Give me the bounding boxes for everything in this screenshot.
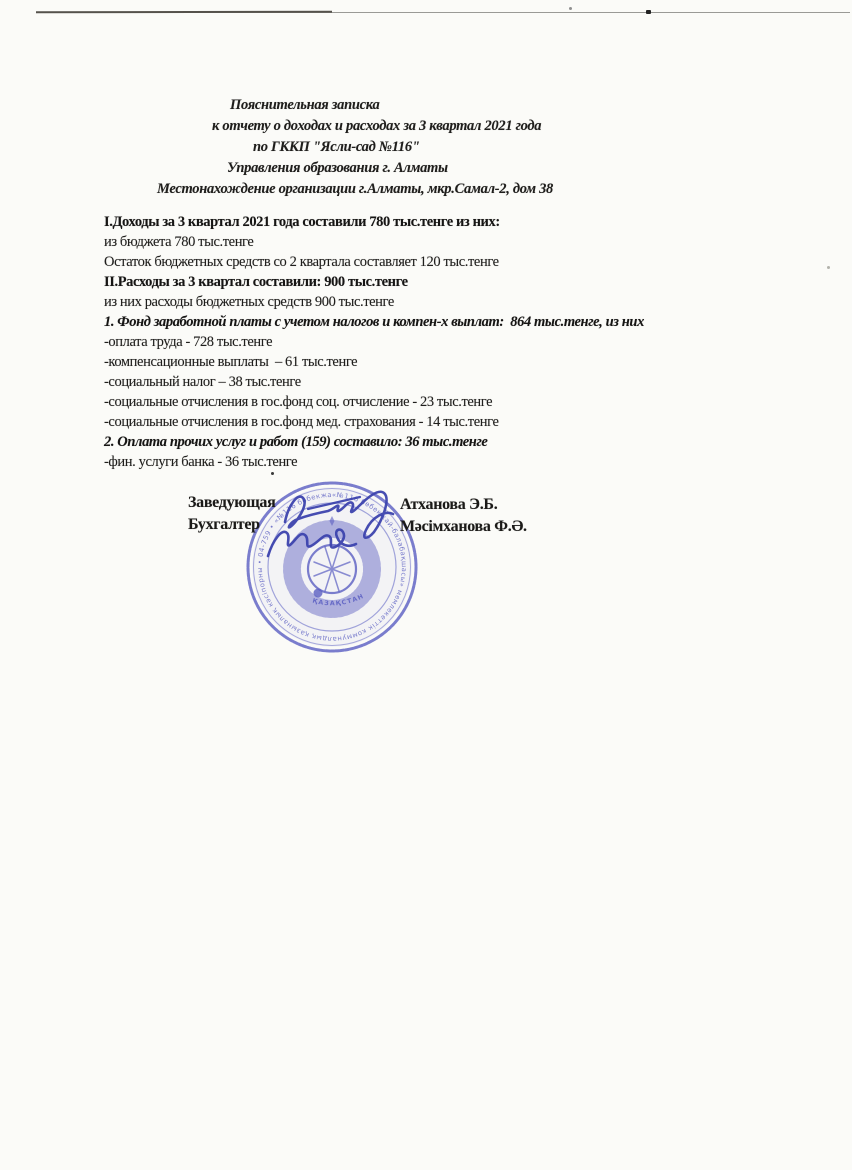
document-body-block: I.Доходы за 3 квартал 2021 года составил… [104, 212, 804, 472]
scan-speck [569, 7, 572, 10]
doc-title-line: Местонахождение организации г.Алматы, мк… [157, 179, 852, 200]
doc-text-line: I.Доходы за 3 квартал 2021 года составил… [104, 212, 804, 232]
doc-text-line: -социальные отчисления в гос.фонд мед. с… [104, 412, 804, 432]
handwritten-signatures [230, 478, 430, 578]
emblem-dot [314, 589, 323, 598]
scanned-document-page: Пояснительная записка к отчету о доходах… [0, 0, 852, 1170]
doc-text-line: -оплата труда - 728 тыс.тенге [104, 332, 804, 352]
doc-text-line: из них расходы бюджетных средств 900 тыс… [104, 292, 804, 312]
doc-text-line: из бюджета 780 тыс.тенге [104, 232, 804, 252]
signature-ink [268, 492, 393, 556]
doc-text-line: 1. Фонд заработной платы с учетом налого… [104, 312, 804, 332]
doc-text-line: -компенсационные выплаты – 61 тыс.тенге [104, 352, 804, 372]
scan-speck [646, 10, 651, 14]
doc-title-line: по ГККП "Ясли-сад №116" [253, 137, 852, 158]
doc-text-line: -социальные отчисления в гос.фонд соц. о… [104, 392, 804, 412]
doc-title-line: к отчету о доходах и расходах за 3 кварт… [212, 116, 852, 137]
signature-accountant-stroke [268, 530, 356, 556]
doc-title-line: Управления образования г. Алматы [227, 158, 852, 179]
doc-text-line: Остаток бюджетных средств со 2 квартала … [104, 252, 804, 272]
doc-text-line: -социальный налог – 38 тыс.тенге [104, 372, 804, 392]
doc-text-line: -фин. услуги банка - 36 тыс.тенге [104, 452, 804, 472]
document-title-block: Пояснительная записка к отчету о доходах… [0, 95, 852, 200]
doc-text-line: II.Расходы за 3 квартал составили: 900 т… [104, 272, 804, 292]
doc-text-line: 2. Оплата прочих услуг и работ (159) сос… [104, 432, 804, 452]
doc-title-line: Пояснительная записка [230, 95, 852, 116]
scan-edge-line-dark [36, 11, 332, 13]
scan-speck [827, 266, 830, 269]
